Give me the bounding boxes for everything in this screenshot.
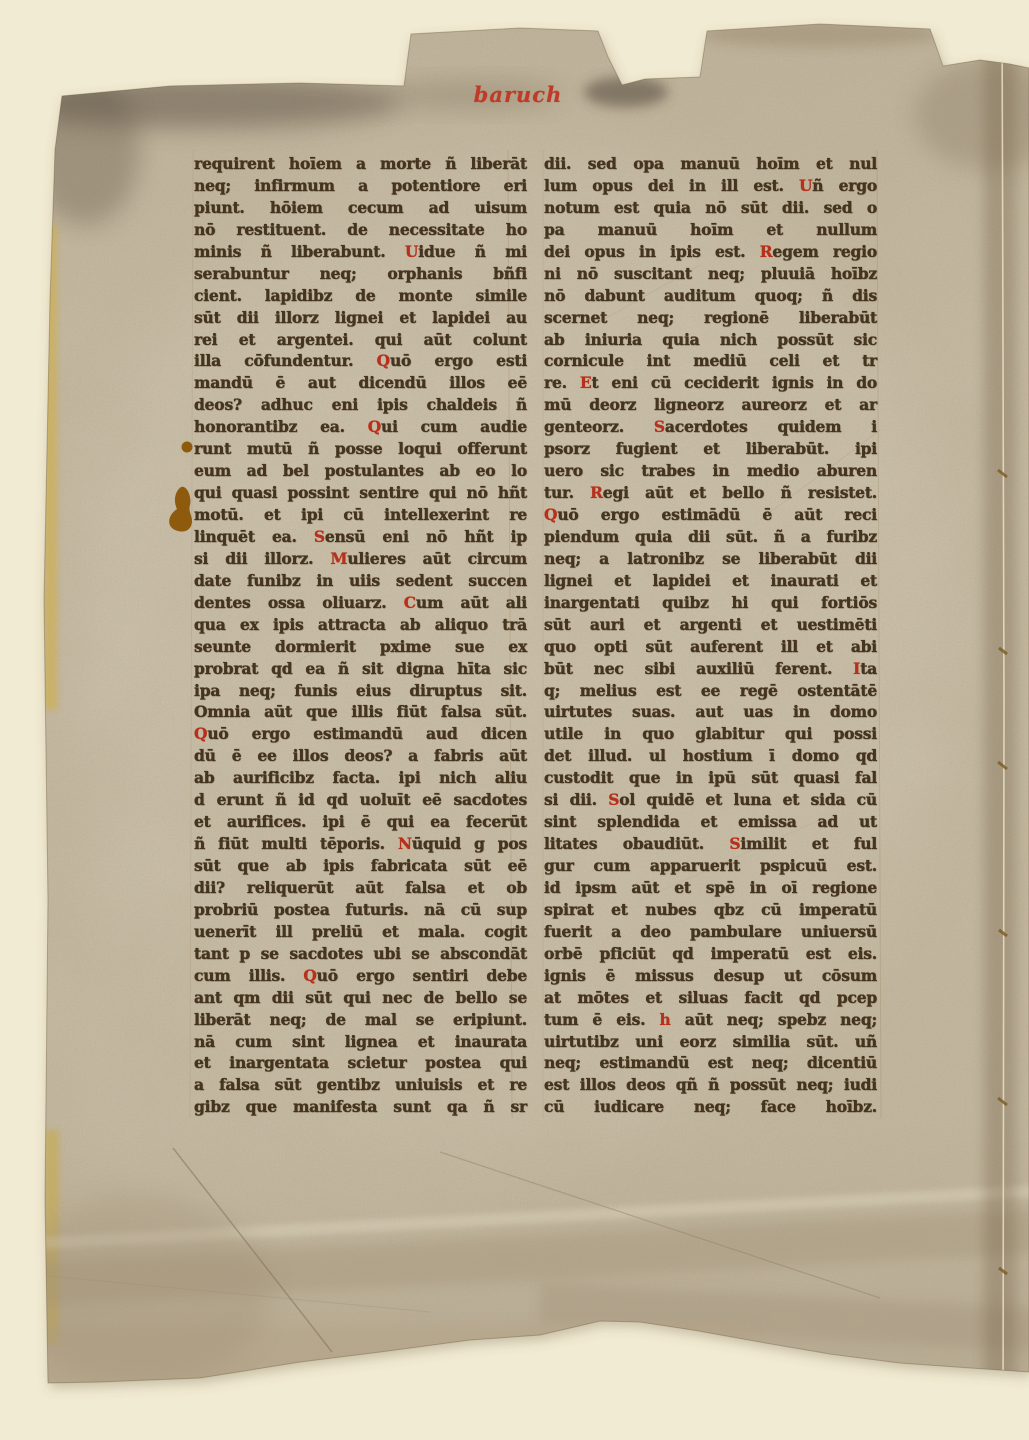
text-line: custodit que in ipū sūt quasi fal bbox=[544, 767, 877, 789]
text-line: utile in quo glabitur qui possi bbox=[544, 723, 877, 745]
text-line: cornicule int mediū celi et tr bbox=[544, 350, 877, 372]
text-column-left: requirent hoīem a morte ñ liberātneq; in… bbox=[194, 153, 527, 1118]
text-line: neq; infirmum a potentiore eri bbox=[194, 175, 527, 197]
text-line: sūt auri et argenti et uestimēti bbox=[544, 614, 877, 636]
text-line: Quō ergo estimandū aud dicen bbox=[194, 723, 527, 745]
text-line: honorantibz ea. Qui cum audie bbox=[194, 416, 527, 438]
text-line: psorz fugient et liberabūt. ipi bbox=[544, 438, 877, 460]
text-line: inargentati quibz hi qui fortiōs bbox=[544, 592, 877, 614]
text-line: orbē pficiūt qd imperatū est eis. bbox=[544, 943, 877, 965]
text-line: ignis ē missus desup ut cōsum bbox=[544, 965, 877, 987]
text-line: et inargentata scietur postea qui bbox=[194, 1052, 527, 1074]
text-line: probrat qd ea ñ sit digna hīta sic bbox=[194, 658, 527, 680]
text-line: et aurifices. ipi ē qui ea fecerūt bbox=[194, 811, 527, 833]
text-line: requirent hoīem a morte ñ liberāt bbox=[194, 153, 527, 175]
text-line: lum opus dei in ill est. Uñ ergo bbox=[544, 175, 877, 197]
text-line: ant qm dii sūt qui nec de bello se bbox=[194, 987, 527, 1009]
text-line: motū. et ipi cū intellexerint re bbox=[194, 504, 527, 526]
text-line: cū iudicare neq; face hoībz. bbox=[544, 1096, 877, 1118]
text-line: d erunt ñ id qd uoluīt eē sacdotes bbox=[194, 789, 527, 811]
text-line: sint splendida et emissa ad ut bbox=[544, 811, 877, 833]
text-line: tur. Regi aūt et bello ñ resistet. bbox=[544, 482, 877, 504]
stain-dot bbox=[182, 442, 193, 453]
text-line: neq; estimandū est neq; dicentiū bbox=[544, 1052, 877, 1074]
text-line: liberāt neq; de mal se eripiunt. bbox=[194, 1009, 527, 1031]
text-line: scernet neq; regionē liberabūt bbox=[544, 307, 877, 329]
text-line: illa cōfundentur. Quō ergo esti bbox=[194, 350, 527, 372]
text-line: date funibz in uiis sedent succen bbox=[194, 570, 527, 592]
text-line: uirtutibz uni eorz similia sūt. uñ bbox=[544, 1031, 877, 1053]
text-column-right: dii. sed opa manuū hoīm et nullum opus d… bbox=[544, 153, 877, 1118]
text-line: tum ē eis. h aūt neq; spebz neq; bbox=[544, 1009, 877, 1031]
text-line: dii. sed opa manuū hoīm et nul bbox=[544, 153, 877, 175]
text-line: sūt que ab ipis fabricata sūt eē bbox=[194, 855, 527, 877]
text-line: piendum quia dii sūt. ñ a furibz bbox=[544, 526, 877, 548]
text-line: si dii illorz. Mulieres aūt circum bbox=[194, 548, 527, 570]
text-line: dii? reliquerūt aūt falsa et ob bbox=[194, 877, 527, 899]
text-line: quo opti sūt auferent ill et abi bbox=[544, 636, 877, 658]
text-line: seunte dormierit pxime sue ex bbox=[194, 636, 527, 658]
text-line: ab aurificibz facta. ipi nich aliu bbox=[194, 767, 527, 789]
text-line: si dii. Sol quidē et luna et sida cū bbox=[544, 789, 877, 811]
text-line: ni nō suscitant neq; pluuiā hoībz bbox=[544, 263, 877, 285]
text-line: rei et argentei. qui aūt colunt bbox=[194, 329, 527, 351]
text-line: ab iniuria quia nich possūt sic bbox=[544, 329, 877, 351]
manuscript-page: baruch requirent hoīem a morte ñ liberāt… bbox=[0, 0, 1029, 1440]
text-line: mandū ē aut dicendū illos eē bbox=[194, 372, 527, 394]
text-line: uenerīt ill preliū et mala. cogit bbox=[194, 921, 527, 943]
text-line: gibz que manifesta sunt qa ñ sr bbox=[194, 1096, 527, 1118]
text-line: dei opus in ipis est. Regem regio bbox=[544, 241, 877, 263]
text-line: serabuntur neq; orphanis bñfi bbox=[194, 263, 527, 285]
text-line: qui quasi possint sentire qui nō hñt bbox=[194, 482, 527, 504]
text-line: uero sic trabes in medio aburen bbox=[544, 460, 877, 482]
text-line: genteorz. Sacerdotes quidem i bbox=[544, 416, 877, 438]
text-line: nā cum sint lignea et inaurata bbox=[194, 1031, 527, 1053]
text-line: eum ad bel postulantes ab eo lo bbox=[194, 460, 527, 482]
text-line: at mōtes et siluas facit qd pcep bbox=[544, 987, 877, 1009]
text-line: qua ex ipis attracta ab aliquo trā bbox=[194, 614, 527, 636]
text-line: re. Et eni cū ceciderit ignis in do bbox=[544, 372, 877, 394]
text-line: sūt dii illorz lignei et lapidei au bbox=[194, 307, 527, 329]
text-line: id ipsm aūt et spē in oī regione bbox=[544, 877, 877, 899]
text-line: det illud. ul hostium ī domo qd bbox=[544, 745, 877, 767]
text-line: dentes ossa oliuarz. Cum aūt ali bbox=[194, 592, 527, 614]
running-title: baruch bbox=[438, 82, 598, 112]
text-line: minis ñ liberabunt. Uidue ñ mi bbox=[194, 241, 527, 263]
text-line: probriū postea futuris. nā cū sup bbox=[194, 899, 527, 921]
text-line: fuerit a deo pambulare uniuersū bbox=[544, 921, 877, 943]
text-line: Quō ergo estimādū ē aūt reci bbox=[544, 504, 877, 526]
text-line: dū ē ee illos deos? a fabris aūt bbox=[194, 745, 527, 767]
text-line: cum illis. Quō ergo sentiri debe bbox=[194, 965, 527, 987]
seam-shading bbox=[984, 0, 1016, 1440]
text-line: runt mutū ñ posse loqui offerunt bbox=[194, 438, 527, 460]
text-line: tant p se sacdotes ubi se abscondāt bbox=[194, 943, 527, 965]
text-line: linquēt ea. Sensū eni nō hñt ip bbox=[194, 526, 527, 548]
text-line: ipa neq; funis eius diruptus sit. bbox=[194, 680, 527, 702]
text-line: piunt. hōiem cecum ad uisum bbox=[194, 197, 527, 219]
text-line: deos? adhuc eni ipis chaldeis ñ bbox=[194, 394, 527, 416]
text-line: notum est quia nō sūt dii. sed o bbox=[544, 197, 877, 219]
text-line: a falsa sūt gentibz uniuisis et re bbox=[194, 1074, 527, 1096]
text-line: q; melius est ee regē ostentātē bbox=[544, 680, 877, 702]
text-line: cient. lapidibz de monte simile bbox=[194, 285, 527, 307]
text-line: būt nec sibi auxiliū ferent. Ita bbox=[544, 658, 877, 680]
text-line: uirtutes suas. aut uas in domo bbox=[544, 701, 877, 723]
text-line: nō restituent. de necessitate ho bbox=[194, 219, 527, 241]
text-line: gur cum apparuerit pspicuū est. bbox=[544, 855, 877, 877]
text-line: est illos deos qñ ñ possūt neq; iudi bbox=[544, 1074, 877, 1096]
text-line: lignei et lapidei et inaurati et bbox=[544, 570, 877, 592]
text-line: Omnia aūt que illis fiūt falsa sūt. bbox=[194, 701, 527, 723]
text-line: litates obaudiūt. Similit et ful bbox=[544, 833, 877, 855]
text-line: pa manuū hoīm et nullum bbox=[544, 219, 877, 241]
text-line: spirat et nubes qbz cū imperatū bbox=[544, 899, 877, 921]
text-line: neq; a latronibz se liberabūt dii bbox=[544, 548, 877, 570]
text-line: mū deorz ligneorz aureorz et ar bbox=[544, 394, 877, 416]
text-line: ñ fiūt multi tēporis. Nūquid g pos bbox=[194, 833, 527, 855]
text-line: nō dabunt auditum quoq; ñ dis bbox=[544, 285, 877, 307]
